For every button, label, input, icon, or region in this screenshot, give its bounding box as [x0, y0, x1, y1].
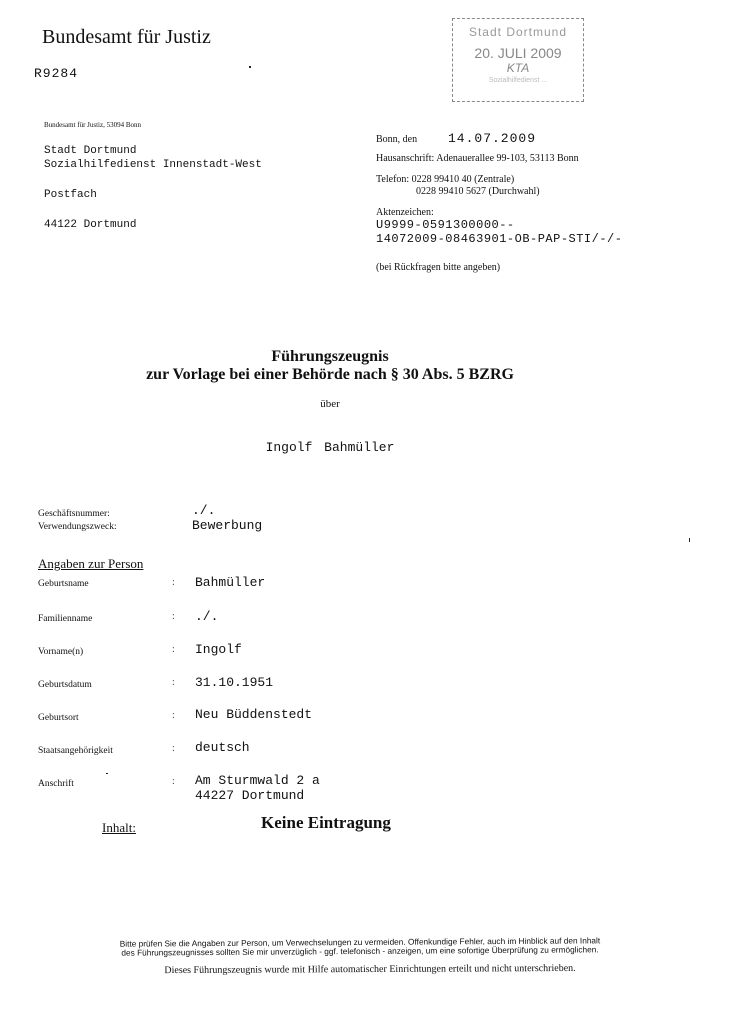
content-label: Inhalt: — [102, 820, 136, 836]
sender-info-block: Bonn, den14.07.2009 Hausanschrift: Adena… — [376, 131, 622, 273]
phone-block: Telefon: 0228 99410 40 (Zentrale) 0228 9… — [376, 174, 622, 198]
date-row: Bonn, den14.07.2009 — [376, 131, 622, 146]
purpose-label: Verwendungszweck: — [38, 522, 117, 532]
scan-speck — [249, 66, 251, 68]
recipient-line: Sozialhilfedienst Innenstadt-West — [44, 158, 262, 172]
organization-name: Bundesamt für Justiz — [42, 26, 211, 49]
field-colon: : — [172, 677, 175, 688]
document-subtitle: zur Vorlage bei einer Behörde nach § 30 … — [0, 366, 660, 384]
field-colon: : — [172, 611, 175, 622]
stamp-line-4: Sozialhilfedienst ... — [453, 77, 583, 84]
recipient-line: Postfach — [44, 188, 262, 202]
recipient-line: 44122 Dortmund — [44, 218, 262, 232]
field-value-birth-name: Bahmüller — [195, 575, 265, 590]
reference-hint: (bei Rückfragen bitte angeben) — [376, 262, 622, 273]
subject-name: Ingolf Bahmüller — [0, 440, 660, 455]
sender-return-address: Bundesamt für Justiz, 53094 Bonn — [44, 121, 141, 129]
field-label-family-name: Familienname — [38, 614, 92, 624]
file-reference: U9999-0591300000-- 14072009-08463901-OB-… — [376, 218, 622, 246]
case-number-label: Geschäftsnummer: — [38, 509, 110, 519]
scan-speck — [106, 773, 108, 774]
purpose-value: Bewerbung — [192, 518, 262, 533]
field-value-family-name: ./. — [195, 609, 218, 624]
scan-speck — [689, 538, 690, 542]
file-reference-label: Aktenzeichen: — [376, 207, 622, 218]
field-colon: : — [172, 743, 175, 754]
field-colon: : — [172, 710, 175, 721]
receipt-stamp: Stadt Dortmund 20. JULI 2009 KTA Sozialh… — [452, 18, 584, 102]
field-colon: : — [172, 577, 175, 588]
person-section-heading: Angaben zur Person — [38, 556, 143, 572]
field-label-birth-name: Geburtsname — [38, 579, 89, 589]
field-label-nationality: Staatsangehörigkeit — [38, 746, 113, 756]
field-colon: : — [172, 644, 175, 655]
phone-main: Telefon: 0228 99410 40 (Zentrale) — [376, 174, 622, 186]
document-title: Führungszeugnis — [0, 347, 660, 366]
address-line-1: Am Sturmwald 2 a — [195, 773, 320, 788]
letter-date: 14.07.2009 — [448, 131, 536, 146]
file-reference-line-2: 14072009-08463901-OB-PAP-STI/-/- — [376, 232, 622, 246]
street-address: Hausanschrift: Adenauerallee 99-103, 531… — [376, 153, 622, 164]
field-value-birth-date: 31.10.1951 — [195, 675, 273, 690]
field-label-birth-date: Geburtsdatum — [38, 680, 92, 690]
note-line-2: des Führungszeugnisses sollten Sie mir u… — [40, 945, 680, 958]
field-label-address: Anschrift — [38, 779, 74, 789]
content-value: Keine Eintragung — [261, 813, 391, 833]
recipient-line: Stadt Dortmund — [44, 144, 262, 158]
file-reference-line-1: U9999-0591300000-- — [376, 218, 622, 232]
about-label: über — [0, 398, 660, 410]
stamp-initials: KTA — [453, 61, 583, 75]
field-label-birth-place: Geburtsort — [38, 713, 79, 723]
field-colon: : — [172, 776, 175, 787]
automation-disclaimer: Dieses Führungszeugnis wurde mit Hilfe a… — [0, 962, 740, 977]
recipient-spacer — [44, 202, 262, 218]
address-line-2: 44227 Dortmund — [195, 788, 320, 803]
case-number-value: ./. — [192, 503, 215, 518]
stamp-date: 20. JULI 2009 — [453, 45, 583, 61]
recipient-spacer — [44, 172, 262, 188]
field-value-nationality: deutsch — [195, 740, 250, 755]
field-value-birth-place: Neu Büddenstedt — [195, 707, 312, 722]
phone-direct: 0228 99410 5627 (Durchwahl) — [376, 186, 622, 198]
stamp-line-1: Stadt Dortmund — [453, 25, 583, 39]
field-value-first-names: Ingolf — [195, 642, 242, 657]
reference-code: R9284 — [34, 66, 78, 81]
recipient-address: Stadt Dortmund Sozialhilfedienst Innenst… — [44, 144, 262, 232]
field-value-address: Am Sturmwald 2 a 44227 Dortmund — [195, 773, 320, 803]
field-label-first-names: Vorname(n) — [38, 647, 83, 657]
verification-note: Bitte prüfen Sie die Angaben zur Person,… — [40, 936, 680, 958]
place-label: Bonn, den — [376, 134, 448, 145]
